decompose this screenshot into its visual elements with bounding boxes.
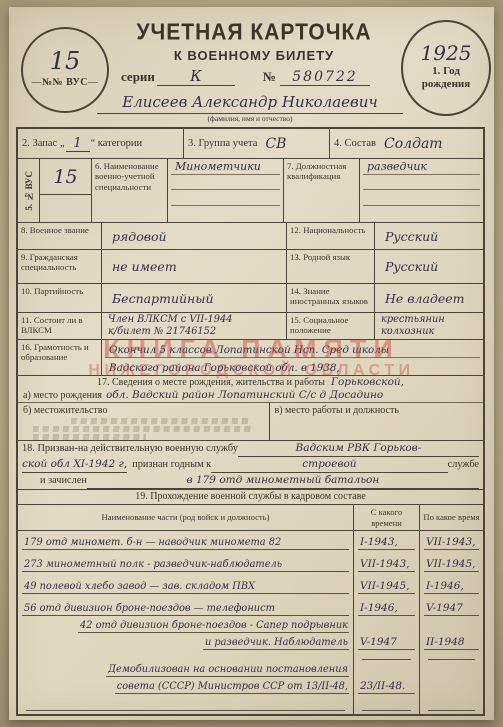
registration-card: 15 №№ ВУС 1925 1. Год рождения УЧЕТНАЯ К… [9,7,494,720]
service-to: I-1946, [426,580,464,592]
series-label: серии [121,69,155,85]
field-18-handwritten-3: строевой [211,457,447,473]
field-17bv-row: б) местожительство в) место работы и дол… [18,403,483,440]
field-18-printed-1: 18. Призван-на действительную военную сл… [22,442,238,457]
field-18-handwritten-1: Вадским РВК Горьков- [238,441,479,457]
field-6-value: Минометчики [175,160,261,173]
card-subtitle: К ВОЕННОМУ БИЛЕТУ [104,48,404,63]
field-17a-value: обл. Вадский район Лопатинский С/с д Дос… [106,389,383,401]
field-12-label: 12. Национальность [287,223,375,249]
field-4-label: 4. Состав [334,138,376,149]
field-10-label: 10. Партийность [18,284,102,312]
birth-year-label-1: 1. Год [432,65,460,78]
service-unit: 179 отд миномет. б-н — наводчик миномета… [24,537,281,548]
field-2-label-post: “ категории [91,138,143,149]
field-13-label: 13. Родной язык [287,250,375,283]
card-title: УЧЕТНАЯ КАРТОЧКА [104,20,404,46]
service-from: I-1946, [360,602,398,614]
field-17a-birthplace: а) место рождения обл. Вадский район Лоп… [18,389,483,403]
field-8-label: 8. Военное звание [18,223,102,249]
field-15-value-line1: крестьянин [381,314,445,326]
field-11-label: 11. Состоит ли в ВЛКСМ [18,313,102,339]
field-8-value: рядовой [112,229,167,244]
field-14-value: Не владеет [385,291,465,306]
field-11-value-line2: к/билет № 21746152 [108,326,216,338]
service-table-header: Наименование части (род войск и должност… [18,505,483,531]
field-4-value: Солдат [384,136,443,152]
service-to: VII-1943, [426,536,476,548]
form-grid: 2. Запас „ 1 “ категории 3. Группа учета… [16,127,485,716]
faint-pencil-scribble [33,434,146,440]
field-18-handwritten-4: в 179 отд минометный батальон [87,473,479,489]
field-9-label: 9. Гражданская специальность [18,250,102,283]
field-7-value: разведчик [367,160,427,173]
service-from: I-1943, [360,536,398,548]
field-6-label: 6. Наименование военно-учетной специальн… [92,159,168,222]
row-19-title: 19. Прохождение военной службы в кадрово… [18,490,483,505]
field-14-label: 14. Знание иностранных языков [287,284,375,312]
field-5-value-cell: 15 [40,159,92,222]
service-from: V-1947 [360,636,397,648]
field-5-label-vertical: 5. № ВУС [18,159,40,222]
field-10-value-cell: Беспартийный [102,284,287,312]
field-15-label: 15. Социальное положение [287,313,375,339]
service-row: 273 минометный полк - разведчик-наблюдат… [18,553,483,575]
field-9-value: не имеет [112,259,177,274]
faint-pencil-scribble [33,426,252,432]
service-unit: 49 полевой хлебо завод — зав. складом ПВ… [24,581,255,592]
service-row: 42 отд дивизион броне-поездов - Сапер по… [18,619,483,653]
field-15-value-cell: крестьянин колхозник [375,313,483,339]
col-from-header: С какого времени [354,505,420,530]
field-6-value-lines: Минометчики [168,159,284,222]
full-name-caption: (фамилия, имя и отчество) [97,114,403,123]
service-from: VII-1943, [360,558,410,570]
row-5-6-7: 5. № ВУС 15 6. Наименование военно-учетн… [18,159,483,223]
demob-line1: Демобилизован на основании постановления [108,664,348,675]
service-from: VII-1945, [360,580,410,592]
row-18-conscription: 18. Призван-на действительную военную сл… [18,441,483,490]
service-row: 49 полевой хлебо завод — зав. складом ПВ… [18,575,483,597]
field-17a-label: а) место рождения [23,390,102,401]
field-13-value-cell: Русский [375,250,483,283]
field-14-value-cell: Не владеет [375,284,483,312]
field-16-value-cell: Окончил 5 классов Лопатинской Нсп. Сред … [102,340,483,375]
field-4-sostav: 4. Состав Солдат [330,129,483,158]
row-2-3-4: 2. Запас „ 1 “ категории 3. Группа учета… [18,129,483,159]
field-18-handwritten-2: ской обл XI-1942 г, [22,457,127,473]
birth-year-circle: 1925 1. Год рождения [401,20,491,116]
row-16: 16. Грамотность и образование Окончил 5 … [18,340,483,376]
field-17v-workplace: в) место работы и должность [270,403,484,440]
birth-year-handwritten: 1925 [421,41,472,65]
field-3-value: СВ [265,136,286,152]
field-17-header: 17. Сведения о месте рождения, жительств… [18,376,483,389]
field-17-value: Горьковской, [331,376,404,388]
field-18-printed-4: и зачислен [40,474,87,489]
col-to-header: По какое время [420,505,483,530]
field-5-label: 5. № ВУС [24,171,34,211]
row-8-12: 8. Военное звание рядовой 12. Национальн… [18,223,483,250]
birth-year-label-2: рождения [422,78,470,91]
field-3-label: 3. Группа учета [188,138,257,149]
field-11-value-cell: Член ВЛКСМ с VII-1944 к/билет № 21746152 [102,313,287,339]
field-5-value: 15 [40,159,91,195]
field-10-value: Беспартийный [112,291,214,306]
demobilization-row: Демобилизован на основании постановления… [18,663,483,697]
full-name: Елисеев Александр Николаевич [122,93,377,111]
service-to: V-1947 [426,602,463,614]
number-label: № [263,69,276,85]
service-blank-row [18,697,483,714]
field-2-label-pre: 2. Запас „ [22,138,65,149]
field-8-value-cell: рядовой [102,223,287,249]
field-17b-residence: б) местожительство [18,403,270,440]
field-16-label: 16. Грамотность и образование [18,340,102,375]
demob-date: 23/II-48. [360,680,405,692]
col-unit-header: Наименование части (род войск и должност… [18,505,354,530]
field-17v-label: в) место работы и должность [275,405,399,416]
field-16-value-line1: Окончил 5 классов Лопатинской Нсп. Сред … [109,344,389,356]
demob-line2: совета (СССР) Министров ССР от 13/II-48, [117,681,348,692]
field-16-value-line2: Вадского района Горьковской обл. в 1938, [109,362,340,374]
row-11-15: 11. Состоит ли в ВЛКСМ Член ВЛКСМ с VII-… [18,313,483,340]
vus-number-handwritten: 15 [50,47,81,75]
row-9-13: 9. Гражданская специальность не имеет 13… [18,250,483,284]
number-value: 580722 [280,69,370,86]
field-3-gruppa: 3. Группа учета СВ [184,129,330,158]
field-9-value-cell: не имеет [102,250,287,283]
field-2-zapas: 2. Запас „ 1 “ категории [18,129,184,158]
service-to: VII-1945, [426,558,476,570]
field-7-value-lines: разведчик [360,159,483,222]
field-11-value-line1: Член ВЛКСМ с VII-1944 [108,314,232,326]
field-17b-label: б) местожительство [23,405,107,416]
service-table-body: 179 отд миномет. б-н — наводчик миномета… [18,531,483,714]
field-2-value: 1 [66,136,90,152]
field-13-value: Русский [385,259,438,274]
field-18-printed-3: службе [448,458,479,473]
service-unit: 42 отд дивизион броне-поездов - Сапер по… [80,620,348,631]
service-blank-row [18,653,483,663]
service-row: 56 отд дивизион броне-поездов — телефони… [18,597,483,619]
series-number-line: серии К № 580722 [121,67,401,86]
service-unit: 56 отд дивизион броне-поездов — телефони… [24,603,275,614]
service-to: II-1948 [426,636,465,648]
field-18-printed-2: признан годным к [132,458,211,473]
service-row: 179 отд миномет. б-н — наводчик миномета… [18,531,483,553]
service-unit: 273 минометный полк - разведчик-наблюдат… [24,559,282,570]
field-7-label: 7. Должностная квалификация [284,159,360,222]
row-10-14: 10. Партийность Беспартийный 14. Знание … [18,284,483,313]
field-15-value-line2: колхозник [381,326,434,338]
field-12-value: Русский [385,229,438,244]
faint-pencil-scribble [71,418,252,424]
vus-circle-label: №№ ВУС [31,77,98,88]
service-unit-line2: и разведчик. Наблюдатель [205,637,348,648]
field-12-value-cell: Русский [375,223,483,249]
full-name-line: Елисеев Александр Николаевич [97,93,403,114]
field-17-label: 17. Сведения о месте рождения, жительств… [97,377,325,388]
row-17: 17. Сведения о месте рождения, жительств… [18,376,483,441]
vus-number-circle: 15 №№ ВУС [21,27,109,113]
series-value: К [157,67,235,86]
